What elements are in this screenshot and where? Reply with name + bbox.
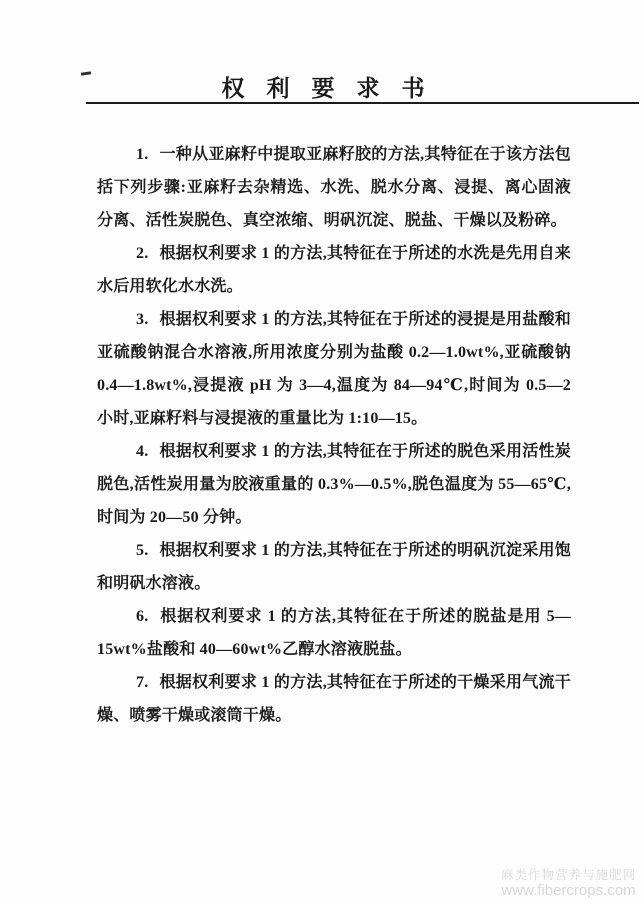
claim-paragraph: 7.根据权利要求 1 的方法,其特征在于所述的干燥采用气流干燥、喷雾干燥或滚筒干…	[97, 666, 571, 732]
claim-text: 根据权利要求 1 的方法,其特征在于所述的明矾沉淀采用饱和明矾水溶液。	[97, 542, 571, 592]
title-underline	[86, 102, 639, 104]
watermark: 麻类作物营养与施肥网 www.fibercrops.com	[501, 868, 636, 899]
claims-section: 1.一种从亚麻籽中提取亚麻籽胶的方法,其特征在于该方法包括下列步骤:亚麻籽去杂精…	[97, 138, 571, 732]
claim-number: 4.	[136, 443, 148, 460]
claim-number: 3.	[136, 311, 148, 328]
patent-claims-page: 权利要求书 1.一种从亚麻籽中提取亚麻籽胶的方法,其特征在于该方法包括下列步骤:…	[0, 0, 644, 905]
claim-text: 根据权利要求 1 的方法,其特征在于所述的水洗是先用自来水后用软化水水洗。	[97, 245, 571, 295]
claim-number: 1.	[136, 146, 148, 163]
watermark-site-url: www.fibercrops.com	[501, 882, 636, 899]
claim-text: 根据权利要求 1 的方法,其特征在于所述的浸提是用盐酸和亚硫酸钠混合水溶液,所用…	[97, 311, 571, 427]
claim-paragraph: 2.根据权利要求 1 的方法,其特征在于所述的水洗是先用自来水后用软化水水洗。	[97, 237, 571, 303]
claim-paragraph: 4.根据权利要求 1 的方法,其特征在于所述的脱色采用活性炭脱色,活性炭用量为胶…	[97, 435, 571, 534]
claim-text: 根据权利要求 1 的方法,其特征在于所述的干燥采用气流干燥、喷雾干燥或滚筒干燥。	[97, 674, 571, 724]
claim-number: 2.	[136, 245, 148, 262]
claim-paragraph: 5.根据权利要求 1 的方法,其特征在于所述的明矾沉淀采用饱和明矾水溶液。	[97, 534, 571, 600]
watermark-site-name: 麻类作物营养与施肥网	[501, 868, 636, 882]
claim-paragraph: 1.一种从亚麻籽中提取亚麻籽胶的方法,其特征在于该方法包括下列步骤:亚麻籽去杂精…	[97, 138, 571, 237]
claim-text: 根据权利要求 1 的方法,其特征在于所述的脱盐是用 5—15wt%盐酸和 40—…	[97, 608, 571, 658]
claim-text: 根据权利要求 1 的方法,其特征在于所述的脱色采用活性炭脱色,活性炭用量为胶液重…	[97, 443, 571, 526]
claim-text: 一种从亚麻籽中提取亚麻籽胶的方法,其特征在于该方法包括下列步骤:亚麻籽去杂精选、…	[97, 146, 571, 229]
claim-number: 7.	[136, 674, 148, 691]
claim-number: 5.	[136, 542, 148, 559]
page-title: 权利要求书	[0, 70, 644, 103]
claim-paragraph: 3.根据权利要求 1 的方法,其特征在于所述的浸提是用盐酸和亚硫酸钠混合水溶液,…	[97, 303, 571, 435]
claim-paragraph: 6.根据权利要求 1 的方法,其特征在于所述的脱盐是用 5—15wt%盐酸和 4…	[97, 600, 571, 666]
claim-number: 6.	[136, 608, 148, 625]
